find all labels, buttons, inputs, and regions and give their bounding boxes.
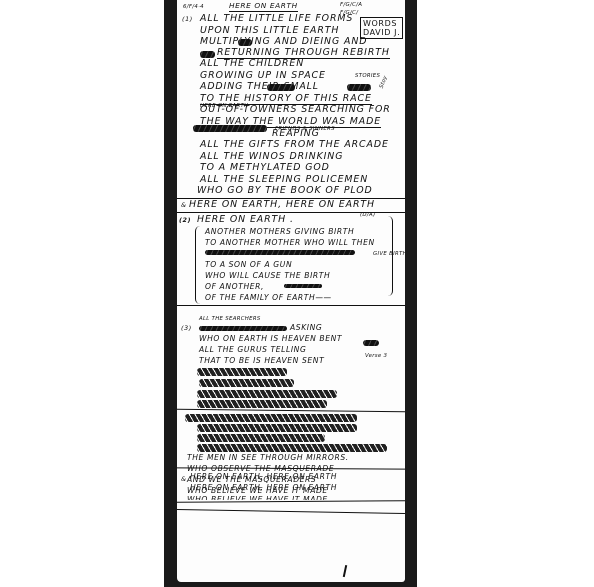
crossed-out-word	[200, 51, 215, 58]
verse2-line-6: OF ANOTHER,	[205, 281, 264, 292]
verse3-marker: (3)	[181, 323, 192, 334]
credit-author: DAVID J.	[363, 28, 400, 37]
section-divider	[177, 500, 405, 503]
verse1-line-2: UPON THIS LITTLE EARTH	[200, 25, 339, 36]
verse2-marker: (2)	[179, 215, 191, 226]
verse2-line-1: HERE ON EARTH .	[197, 214, 294, 225]
section-divider	[177, 305, 405, 306]
verse4-line-5: WHO BELIEVE WE HAVE IT MADE	[187, 494, 328, 505]
crossed-out-line	[197, 400, 327, 408]
verse1-line-5: ALL THE CHILDREN	[200, 58, 304, 69]
verse3-line-4: ALL THE GURUS TELLING	[199, 344, 306, 355]
margin-bracket-right	[387, 216, 393, 296]
crossed-out-word	[363, 340, 379, 346]
song-title: HERE ON EARTH	[229, 0, 298, 12]
verse3-line-3: WHO ON EARTH IS HEAVEN BENT	[199, 333, 342, 344]
verse1-line-1: ALL THE LITTLE LIFE FORMS	[200, 13, 353, 24]
chorus1-marker: &	[181, 200, 187, 211]
section-divider	[177, 509, 405, 514]
annotation-verse3: Verse 3	[365, 351, 387, 362]
annotation-stories: STORIES	[355, 71, 380, 82]
verse3-line-1: ALL THE SEARCHERS	[199, 314, 261, 325]
verse1-line-11: REAPING	[272, 128, 320, 139]
verse3-line-2: ASKING	[290, 322, 322, 333]
chorus2-line-1: HERE ON EARTH, HERE ON EARTH	[190, 471, 337, 482]
chorus1-line: HERE ON EARTH, HERE ON EARTH	[189, 199, 375, 210]
crossed-out-line	[193, 125, 267, 132]
crossed-out-word	[284, 284, 322, 288]
date-note: 6/F/4·4	[183, 2, 204, 13]
crossed-out-line	[197, 444, 387, 452]
section-divider	[177, 409, 405, 412]
crossed-out-line	[197, 434, 325, 442]
crossed-out-line	[197, 390, 337, 398]
verse1-line-16: WHO GO BY THE BOOK OF PLOD	[197, 185, 373, 196]
crossed-out-word	[238, 39, 252, 46]
verse1-line-12: ALL THE GIFTS FROM THE ARCADE	[200, 139, 389, 150]
crossed-out-line	[199, 379, 294, 387]
verse1-line-7: ADDING THEIR SMALL	[200, 81, 319, 92]
verse1-line-3: MULTIPLYING AND DIEING AND	[200, 36, 367, 47]
verse1-line-13: ALL THE WINOS DRINKING	[200, 151, 343, 162]
crossed-out-line	[197, 424, 357, 432]
verse1-line-14: TO A METHYLATED GOD	[200, 162, 330, 173]
verse1-line-9: OUT-OF-TOWNERS SEARCHING FOR	[200, 104, 391, 115]
crossed-out-words	[199, 326, 287, 331]
crossed-out-line	[205, 250, 355, 255]
verse2-line-2: ANOTHER MOTHERS GIVING BIRTH	[205, 226, 354, 237]
chorus2-line-2: HERE ON EARTH, HERE ON EARTH	[190, 482, 337, 493]
crossed-out-line	[185, 414, 357, 422]
section-divider	[177, 212, 405, 213]
lyric-sheet-paper: 6/F/4·4 HERE ON EARTH F/G/C/A F/G/C/ WOR…	[177, 0, 405, 582]
verse2-line-7: OF THE FAMILY OF EARTH——	[205, 292, 332, 303]
credit-words: WORDS	[363, 19, 400, 28]
verse4-line-1: THE MEN IN SEE THROUGH MIRRORS.	[187, 452, 349, 463]
verse1-line-15: ALL THE SLEEPING POLICEMEN	[200, 174, 368, 185]
verse2-line-5: WHO WILL CAUSE THE BIRTH	[205, 270, 330, 281]
verse2-line-4: TO A SON OF A GUN	[205, 259, 292, 270]
crossed-out-word	[267, 84, 295, 91]
margin-bracket-left	[195, 226, 201, 304]
crossed-out-line	[197, 368, 287, 376]
crossed-out-word	[347, 84, 371, 91]
verse2-line-3: TO ANOTHER MOTHER WHO WILL THEN	[205, 237, 375, 248]
chorus2-marker: &	[181, 474, 187, 485]
verse1-line-6: GROWING UP IN SPACE	[200, 70, 326, 81]
pen-mark	[343, 565, 347, 577]
verse1-marker: (1)	[182, 14, 193, 25]
verse3-line-5: THAT TO BE IS HEAVEN SENT	[199, 355, 324, 366]
